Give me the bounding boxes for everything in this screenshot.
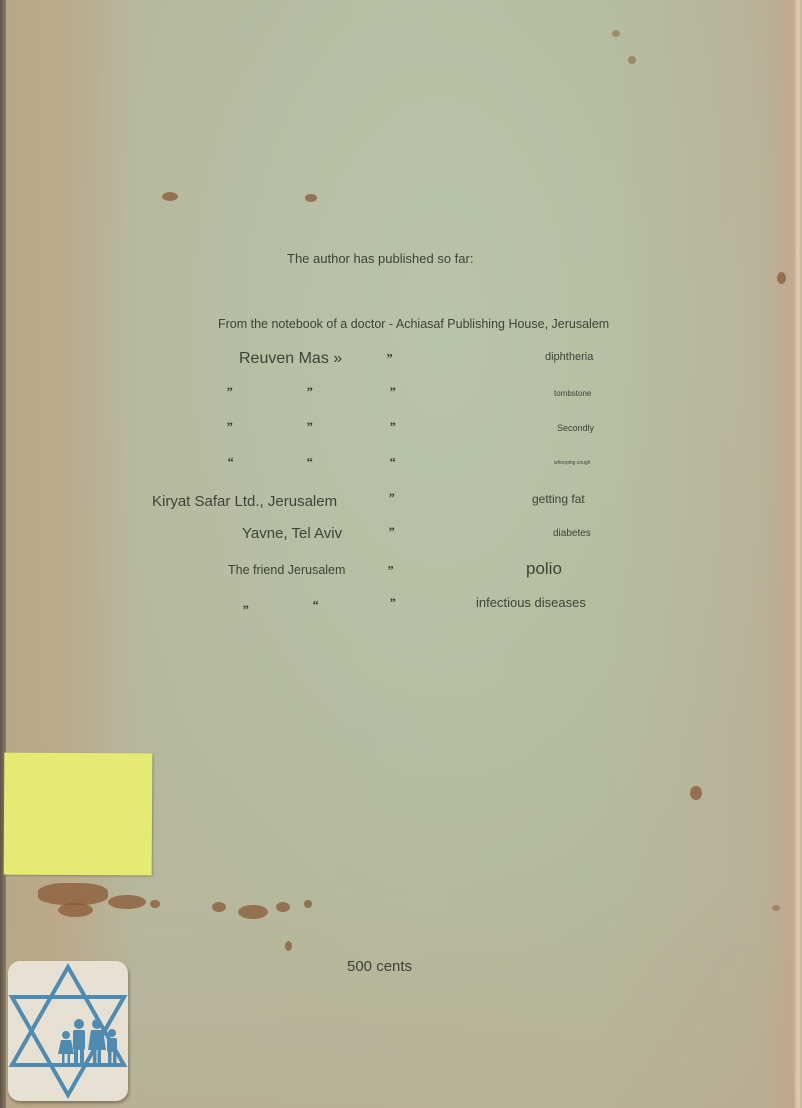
book-title: whooping cough	[554, 460, 590, 466]
ditto-mark: „	[388, 556, 395, 572]
heading: The author has published so far:	[287, 251, 473, 266]
stain	[58, 903, 93, 917]
stain	[108, 895, 146, 909]
stain	[150, 900, 160, 908]
book-title: diphtheria	[545, 351, 593, 363]
stain	[304, 900, 312, 908]
stain	[38, 883, 108, 905]
ditto-mark: „	[387, 344, 394, 360]
series-line: From the notebook of a doctor - Achiasaf…	[218, 317, 609, 331]
ditto-mark: ”	[388, 490, 395, 506]
logo-badge	[8, 961, 128, 1101]
stain	[777, 272, 786, 284]
stain	[612, 30, 620, 37]
ditto-mark: ”	[226, 419, 233, 435]
ditto-mark: ”	[388, 524, 395, 540]
stain	[305, 194, 317, 202]
ditto-mark: ”	[389, 384, 396, 400]
ditto-mark: ”	[306, 419, 313, 435]
cover-edge	[794, 0, 802, 1108]
publisher-name: Reuven Mas »	[239, 350, 342, 368]
publisher-name: Kiryat Safar Ltd., Jerusalem	[152, 493, 337, 510]
book-title: diabetes	[553, 528, 591, 539]
ditto-mark: ”	[242, 602, 249, 618]
book-title: infectious diseases	[476, 595, 586, 610]
ditto-mark: ”	[389, 595, 396, 611]
ditto-mark: “	[306, 454, 313, 470]
stain	[276, 902, 290, 912]
ditto-mark: ”	[389, 419, 396, 435]
stain	[238, 905, 268, 919]
stain	[772, 905, 780, 911]
publisher-name: The friend Jerusalem	[228, 563, 345, 577]
stain	[690, 786, 702, 800]
stain	[628, 56, 636, 64]
ditto-mark: “	[227, 454, 234, 470]
stain	[162, 192, 178, 201]
ditto-mark: “	[312, 597, 319, 613]
publisher-name: Yavne, Tel Aviv	[242, 525, 342, 542]
book-title: tombstone	[554, 389, 591, 398]
book-title: Secondly	[557, 423, 594, 433]
sticky-note	[4, 753, 153, 876]
star-of-david-family-icon	[8, 961, 128, 1101]
ditto-mark: ”	[226, 384, 233, 400]
book-back-cover	[0, 0, 802, 1108]
stain	[212, 902, 226, 912]
book-spine	[0, 0, 6, 1108]
stain	[285, 941, 292, 951]
book-title: getting fat	[532, 492, 585, 506]
ditto-mark: ”	[306, 384, 313, 400]
book-title: polio	[526, 559, 562, 579]
price: 500 cents	[347, 958, 412, 975]
ditto-mark: “	[389, 454, 396, 470]
